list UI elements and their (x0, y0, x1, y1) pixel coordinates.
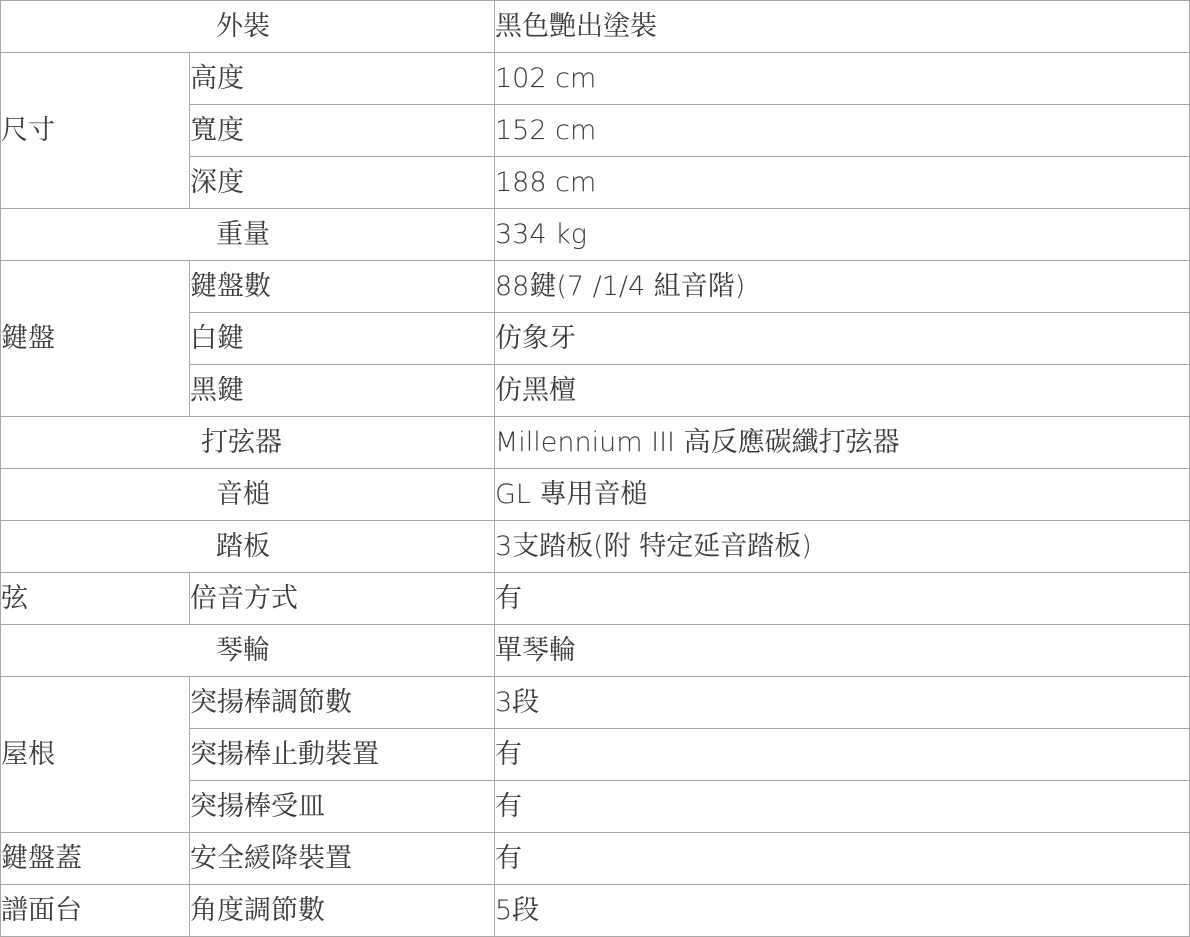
table-row: 打弦器 Millennium III 高反應碳纖打弦器 (1, 417, 1190, 469)
spec-label: 安全緩降裝置 (190, 833, 495, 885)
table-row: 琴輪 單琴輪 (1, 625, 1190, 677)
spec-label: 突揚棒受皿 (190, 781, 495, 833)
table-row: 鍵盤蓋 安全緩降裝置 有 (1, 833, 1190, 885)
table-row: 弦 倍音方式 有 (1, 573, 1190, 625)
spec-value: Millennium III 高反應碳纖打弦器 (495, 417, 1190, 469)
spec-label: 高度 (190, 53, 495, 105)
spec-label: 重量 (1, 209, 495, 261)
spec-group-size: 尺寸 (1, 53, 190, 209)
table-row: 音槌 GL 專用音槌 (1, 469, 1190, 521)
spec-value: 黑色艷出塗裝 (495, 1, 1190, 53)
spec-label: 外裝 (1, 1, 495, 53)
spec-value: 5段 (495, 885, 1190, 937)
spec-value: 88鍵(7 /1/4 組音階) (495, 261, 1190, 313)
spec-value: 單琴輪 (495, 625, 1190, 677)
spec-label: 突揚棒調節數 (190, 677, 495, 729)
spec-group-music-rest: 譜面台 (1, 885, 190, 937)
spec-label: 打弦器 (1, 417, 495, 469)
spec-label: 倍音方式 (190, 573, 495, 625)
spec-label: 突揚棒止動裝置 (190, 729, 495, 781)
spec-group-lid: 屋根 (1, 677, 190, 833)
spec-label: 白鍵 (190, 313, 495, 365)
spec-value: 仿象牙 (495, 313, 1190, 365)
spec-value: 有 (495, 573, 1190, 625)
spec-group-fallboard: 鍵盤蓋 (1, 833, 190, 885)
table-row: 重量 334 kg (1, 209, 1190, 261)
spec-value: 102 cm (495, 53, 1190, 105)
piano-spec-table: 外裝 黑色艷出塗裝 尺寸 高度 102 cm 寬度 152 cm 深度 188 … (0, 0, 1190, 937)
spec-group-strings: 弦 (1, 573, 190, 625)
spec-value: 334 kg (495, 209, 1190, 261)
spec-label: 寬度 (190, 105, 495, 157)
table-row: 外裝 黑色艷出塗裝 (1, 1, 1190, 53)
spec-value: 仿黑檀 (495, 365, 1190, 417)
spec-label: 踏板 (1, 521, 495, 573)
spec-value: 188 cm (495, 157, 1190, 209)
table-row: 踏板 3支踏板(附 特定延音踏板) (1, 521, 1190, 573)
spec-group-keyboard: 鍵盤 (1, 261, 190, 417)
spec-value: 有 (495, 781, 1190, 833)
spec-value: 3支踏板(附 特定延音踏板) (495, 521, 1190, 573)
spec-value: 3段 (495, 677, 1190, 729)
table-row: 譜面台 角度調節數 5段 (1, 885, 1190, 937)
spec-label: 鍵盤數 (190, 261, 495, 313)
spec-label: 角度調節數 (190, 885, 495, 937)
spec-label: 音槌 (1, 469, 495, 521)
spec-value: 有 (495, 833, 1190, 885)
spec-label: 深度 (190, 157, 495, 209)
spec-value: 有 (495, 729, 1190, 781)
spec-label: 黑鍵 (190, 365, 495, 417)
spec-value: 152 cm (495, 105, 1190, 157)
spec-label: 琴輪 (1, 625, 495, 677)
table-row: 尺寸 高度 102 cm (1, 53, 1190, 105)
spec-value: GL 專用音槌 (495, 469, 1190, 521)
table-row: 屋根 突揚棒調節數 3段 (1, 677, 1190, 729)
table-row: 鍵盤 鍵盤數 88鍵(7 /1/4 組音階) (1, 261, 1190, 313)
